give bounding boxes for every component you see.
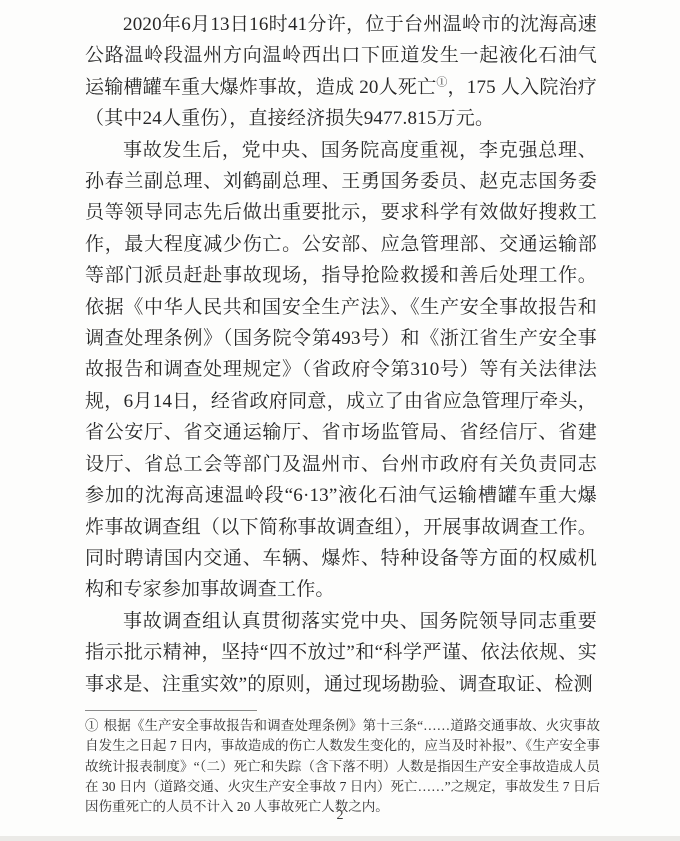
footnote-text: 根据《生产安全事故报告和调查处理条例》第十三条“……道路交通事故、火灾事故自发生… [85, 718, 600, 814]
document-body: 2020年6月13日16时41分许，位于台州温岭市的沈海高速公路温岭段温州方向温… [85, 9, 597, 700]
footnote-marker: ① [85, 718, 99, 733]
paragraph-investigation-setup: 事故发生后，党中央、国务院高度重视，李克强总理、孙春兰副总理、刘鹤副总理、王勇国… [85, 135, 597, 606]
footnote: ①根据《生产安全事故报告和调查处理条例》第十三条“……道路交通事故、火灾事故自发… [85, 716, 600, 817]
document-page: 2020年6月13日16时41分许，位于台州温岭市的沈海高速公路温岭段温州方向温… [0, 0, 680, 841]
paragraph-investigation-principles: 事故调查组认真贯彻落实党中央、国务院领导同志重要指示批示精神，坚持“四不放过”和… [85, 606, 597, 700]
footnote-separator-line [85, 710, 257, 711]
footnote-reference-mark: ① [436, 76, 447, 88]
page-number: 2 [0, 808, 680, 824]
page-edge-shadow [0, 836, 680, 841]
paragraph-accident-overview: 2020年6月13日16时41分许，位于台州温岭市的沈海高速公路温岭段温州方向温… [85, 9, 597, 135]
